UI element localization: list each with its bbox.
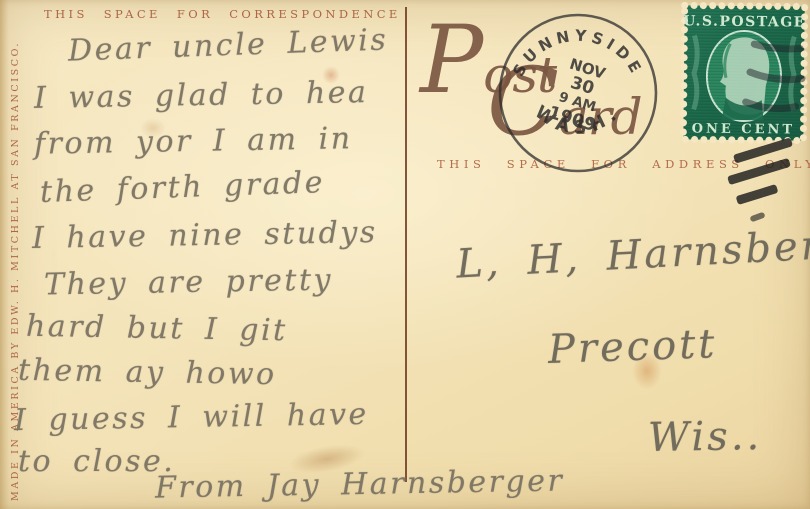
address-state: Wis.. — [648, 413, 763, 461]
message-line: the forth grade — [39, 165, 325, 210]
message-line: from yor I am in — [34, 121, 353, 162]
message-line: Dear uncle Lewis — [67, 22, 388, 68]
signature-line: From Jay Harnsberger — [155, 463, 565, 505]
message-line: I guess I will have — [14, 397, 369, 438]
message-line: I have nine studys — [32, 215, 378, 256]
message-line: I was glad to hea — [34, 75, 369, 116]
cancellation-mark — [749, 212, 765, 223]
center-divider-line — [405, 7, 407, 482]
message-line: to close. — [18, 444, 175, 479]
stamp-top-label: U.S.POSTAGE — [683, 13, 806, 30]
postmark: SUNNYSIDE WASH. NOV 30 9 AM 1909 — [492, 6, 664, 178]
address-recipient: L, H, Harnsberger — [455, 218, 810, 287]
cancellation-bar — [736, 184, 779, 205]
address-city: Precott — [547, 321, 718, 373]
message-line: hard but I git — [26, 309, 288, 349]
message-line: them ay howo — [18, 353, 277, 393]
postage-stamp: U.S.POSTAGE ONE CENT — [679, 1, 808, 144]
message-line: They are pretty — [44, 262, 334, 302]
correspondence-label: THIS SPACE FOR CORRESPONDENCE — [44, 7, 401, 21]
stamp-denomination: ONE CENT — [692, 121, 796, 137]
postcard-back: THIS SPACE FOR CORRESPONDENCE THIS SPACE… — [0, 0, 810, 509]
logo-initial-p: P — [420, 24, 483, 97]
